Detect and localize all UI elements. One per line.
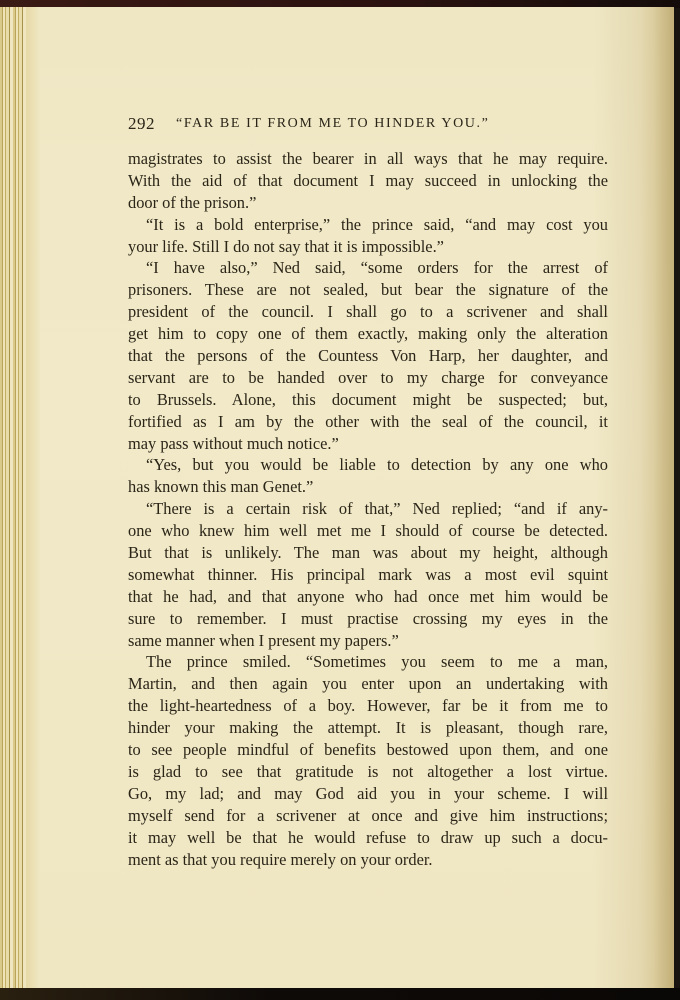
text-line: The prince smiled. “Sometimes you seem t… xyxy=(128,651,608,673)
running-head: 292 “FAR BE IT FROM ME TO HINDER YOU.” xyxy=(128,114,608,136)
book-bottom-edge xyxy=(0,988,680,1000)
text-line: hinder your making the attempt. It is pl… xyxy=(128,717,608,739)
page-stack-edge xyxy=(0,7,26,990)
text-line: to see people mindful of benefits bestow… xyxy=(128,739,608,761)
text-line: Martin, and then again you enter upon an… xyxy=(128,673,608,695)
text-line: to Brussels. Alone, this document might … xyxy=(128,389,608,411)
text-line: prisoners. These are not sealed, but bea… xyxy=(128,279,608,301)
page-right-shadow xyxy=(640,7,674,990)
text-line: myself send for a scrivener at once and … xyxy=(128,805,608,827)
text-line: door of the prison.” xyxy=(128,192,608,214)
text-line: get him to copy one of them exactly, mak… xyxy=(128,323,608,345)
text-line: “It is a bold enterprise,” the prince sa… xyxy=(128,214,608,236)
text-line: “I have also,” Ned said, “some orders fo… xyxy=(128,257,608,279)
text-line: that the persons of the Countess Von Har… xyxy=(128,345,608,367)
page-gutter-fade xyxy=(26,7,40,990)
text-line: same manner when I present my papers.” xyxy=(128,630,608,652)
text-line: “There is a certain risk of that,” Ned r… xyxy=(128,498,608,520)
text-line: “Yes, but you would be liable to detecti… xyxy=(128,454,608,476)
text-line: magistrates to assist the bearer in all … xyxy=(128,148,608,170)
text-line: is glad to see that gratitude is not alt… xyxy=(128,761,608,783)
text-line: servant are to be handed over to my char… xyxy=(128,367,608,389)
scanned-book-page: 292 “FAR BE IT FROM ME TO HINDER YOU.” m… xyxy=(0,0,680,1000)
text-line: has known this man Genet.” xyxy=(128,476,608,498)
text-line: it may well be that he would refuse to d… xyxy=(128,827,608,849)
text-line: one who knew him well met me I should of… xyxy=(128,520,608,542)
text-line: that he had, and that anyone who had onc… xyxy=(128,586,608,608)
body-text: magistrates to assist the bearer in all … xyxy=(128,148,608,870)
text-line: may pass without much notice.” xyxy=(128,433,608,455)
text-line: sure to remember. I must practise crossi… xyxy=(128,608,608,630)
text-line: somewhat thinner. His principal mark was… xyxy=(128,564,608,586)
text-line: But that is unlikely. The man was about … xyxy=(128,542,608,564)
text-line: the light-heartedness of a boy. However,… xyxy=(128,695,608,717)
text-line: your life. Still I do not say that it is… xyxy=(128,236,608,258)
text-line: fortified as I am by the other with the … xyxy=(128,411,608,433)
page-number: 292 xyxy=(128,114,155,134)
running-title: “FAR BE IT FROM ME TO HINDER YOU.” xyxy=(176,116,489,132)
text-line: president of the council. I shall go to … xyxy=(128,301,608,323)
text-line: With the aid of that document I may succ… xyxy=(128,170,608,192)
text-line: ment as that you require merely on your … xyxy=(128,849,608,871)
text-line: Go, my lad; and may God aid you in your … xyxy=(128,783,608,805)
